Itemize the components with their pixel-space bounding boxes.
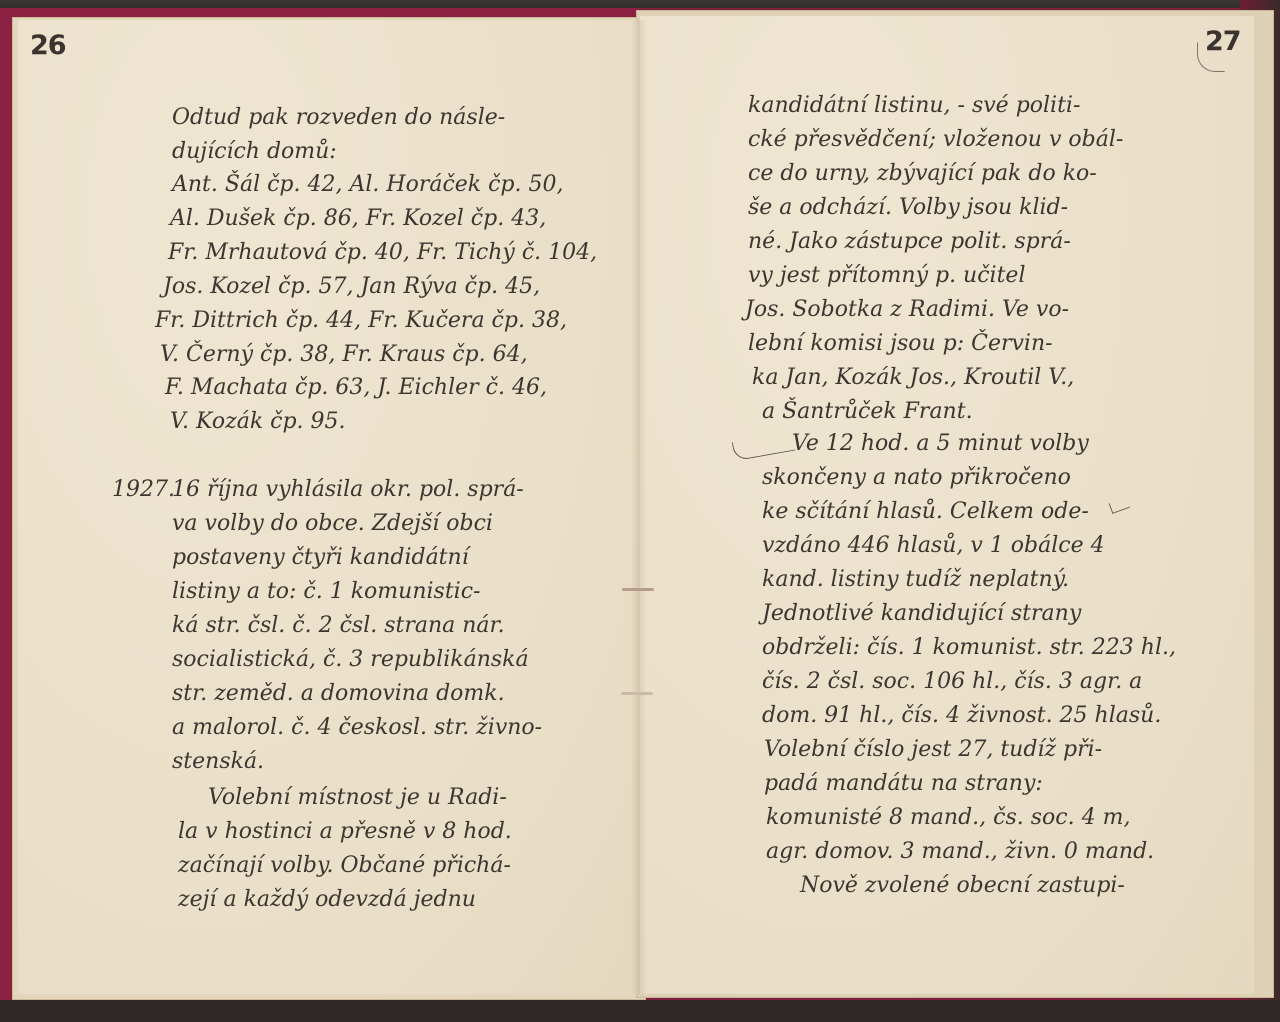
text-line: Fr. Dittrich čp. 44, Fr. Kučera čp. 38,	[155, 308, 567, 333]
text-line: 16 října vyhlásila okr. pol. sprá-	[172, 477, 524, 502]
text-line: obdrželi: čís. 1 komunist. str. 223 hl.,	[762, 635, 1176, 660]
text-line: a Šantrůček Frant.	[762, 399, 973, 424]
text-line: socialistická, č. 3 republikánská	[172, 647, 529, 672]
text-line: kandidátní listinu, - své politi-	[748, 93, 1080, 118]
text-line: Jos. Sobotka z Radimi. Ve vo-	[745, 297, 1069, 322]
text-line: lební komisi jsou p: Červin-	[748, 331, 1053, 356]
text-line: a malorol. č. 4 českosl. str. živno-	[172, 715, 542, 740]
text-line: Volební číslo jest 27, tudíž při-	[764, 737, 1102, 762]
text-line: ká str. čsl. č. 2 čsl. strana nár.	[172, 613, 505, 638]
text-line: kand. listiny tudíž neplatný.	[762, 567, 1069, 592]
text-line: Ve 12 hod. a 5 minut volby	[792, 431, 1089, 456]
text-line: dom. 91 hl., čís. 4 živnost. 25 hlasů.	[762, 703, 1161, 728]
text-line: V. Kozák čp. 95.	[170, 409, 346, 434]
text-line: Al. Dušek čp. 86, Fr. Kozel čp. 43,	[170, 206, 546, 231]
text-line: komunisté 8 mand., čs. soc. 4 m,	[766, 805, 1130, 830]
text-line: la v hostinci a přesně v 8 hod.	[178, 819, 512, 844]
text-line: zejí a každý odevzdá jednu	[178, 887, 476, 912]
text-line: Volební místnost je u Radi-	[208, 785, 507, 810]
left-page	[18, 20, 640, 994]
year-margin-note: 1927.	[112, 477, 175, 502]
text-line: začínají volby. Občané přichá-	[178, 853, 511, 878]
text-line: dujících domů:	[172, 139, 337, 164]
text-line: vy jest přítomný p. učitel	[748, 263, 1025, 288]
text-line: va volby do obce. Zdejší obci	[172, 511, 493, 536]
text-line: padá mandátu na strany:	[764, 771, 1043, 796]
text-line: stenská.	[172, 749, 264, 774]
text-line: str. zeměd. a domovina domk.	[172, 681, 505, 706]
text-line: F. Machata čp. 63, J. Eichler č. 46,	[165, 375, 547, 400]
text-line: cké přesvědčení; vloženou v obál-	[748, 127, 1123, 152]
background-surface-bottom	[0, 1000, 1280, 1022]
text-line: skončeny a nato přikročeno	[762, 465, 1071, 490]
text-line: vzdáno 446 hlasů, v 1 obálce 4	[762, 533, 1105, 558]
page-number-left: 26	[30, 30, 66, 61]
text-line: Ant. Šál čp. 42, Al. Horáček čp. 50,	[172, 172, 564, 197]
binding-stitch	[621, 692, 653, 695]
text-line: agr. domov. 3 mand., živn. 0 mand.	[766, 839, 1154, 864]
text-line: postaveny čtyři kandidátní	[172, 545, 469, 570]
text-line: Jednotlivé kandidující strany	[762, 601, 1081, 626]
text-line: V. Černý čp. 38, Fr. Kraus čp. 64,	[160, 342, 528, 367]
text-line: še a odchází. Volby jsou klid-	[748, 195, 1068, 220]
text-line: ka Jan, Kozák Jos., Kroutil V.,	[752, 365, 1074, 390]
text-line: ke sčítání hlasů. Celkem ode-	[762, 499, 1089, 524]
book-gutter	[631, 20, 647, 994]
text-line: Odtud pak rozveden do násle-	[172, 105, 505, 130]
binding-stitch	[622, 588, 654, 591]
text-line: Jos. Kozel čp. 57, Jan Rýva čp. 45,	[163, 274, 540, 299]
text-line: listiny a to: č. 1 komunistic-	[172, 579, 480, 604]
text-line: Nově zvolené obecní zastupi-	[800, 873, 1125, 898]
text-line: né. Jako zástupce polit. sprá-	[748, 229, 1071, 254]
text-line: ce do urny, zbývající pak do ko-	[748, 161, 1097, 186]
text-line: čís. 2 čsl. soc. 106 hl., čís. 3 agr. a	[762, 669, 1142, 694]
text-line: Fr. Mrhautová čp. 40, Fr. Tichý č. 104,	[168, 240, 597, 265]
